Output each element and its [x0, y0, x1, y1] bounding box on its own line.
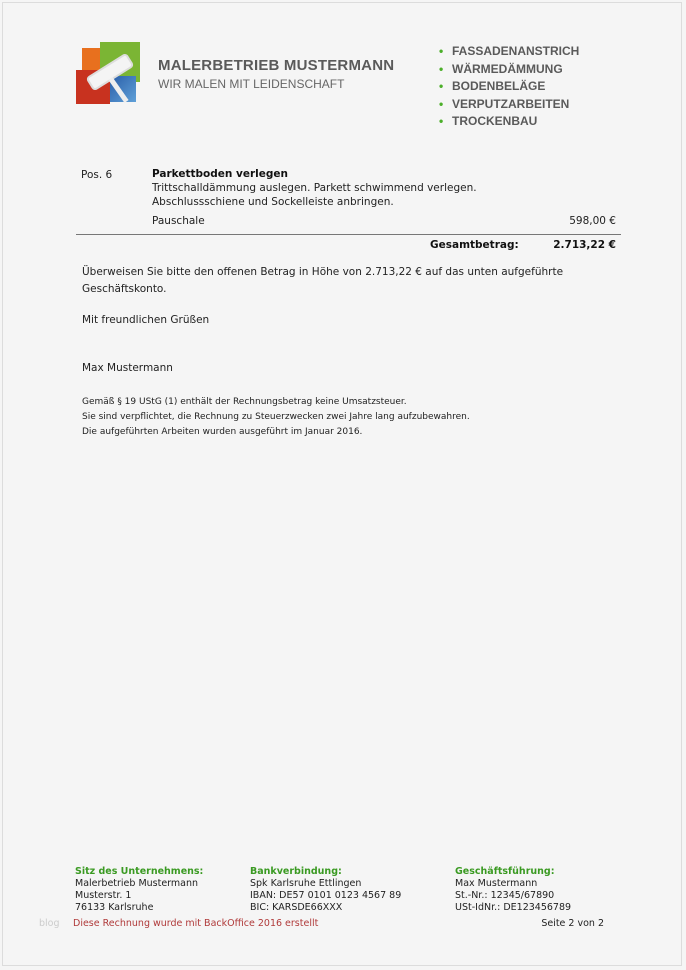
- signature: Max Mustermann: [82, 362, 173, 374]
- service-item: •TROCKENBAU: [439, 113, 579, 131]
- page-border: [2, 2, 682, 966]
- position-title: Parkettboden verlegen: [152, 168, 288, 180]
- bullet-icon: •: [439, 78, 452, 96]
- footer-company-address: Sitz des Unternehmens: Malerbetrieb Must…: [75, 866, 203, 914]
- page-number: Seite 2 von 2: [541, 918, 604, 929]
- service-item: •WÄRMEDÄMMUNG: [439, 61, 579, 79]
- bullet-icon: •: [439, 96, 452, 114]
- total-divider: [76, 234, 621, 235]
- bullet-icon: •: [439, 113, 452, 131]
- position-price: 598,00 €: [569, 215, 616, 227]
- payment-instructions: Überweisen Sie bitte den offenen Betrag …: [82, 264, 602, 297]
- greeting: Mit freundlichen Grüßen: [82, 314, 209, 326]
- position-unit: Pauschale: [152, 215, 205, 227]
- watermark: blog: [39, 918, 60, 929]
- paint-roller-logo-icon: [76, 42, 140, 104]
- footer-management: Geschäftsführung: Max Mustermann St.-Nr.…: [455, 866, 571, 914]
- legal-notes: Gemäß § 19 UStG (1) enthält der Rechnung…: [82, 395, 470, 440]
- total-value: 2.713,22 €: [553, 239, 616, 251]
- footer-bank-details: Bankverbindung: Spk Karlsruhe Ettlingen …: [250, 866, 401, 914]
- position-label: Pos. 6: [81, 169, 112, 181]
- service-item: •FASSADENANSTRICH: [439, 43, 579, 61]
- position-description: Trittschalldämmung auslegen. Parkett sch…: [152, 182, 477, 209]
- bullet-icon: •: [439, 43, 452, 61]
- services-list: •FASSADENANSTRICH •WÄRMEDÄMMUNG •BODENBE…: [439, 43, 579, 131]
- total-label: Gesamtbetrag:: [430, 239, 519, 251]
- service-item: •VERPUTZARBEITEN: [439, 96, 579, 114]
- bullet-icon: •: [439, 61, 452, 79]
- created-by-note: Diese Rechnung wurde mit BackOffice 2016…: [73, 918, 318, 929]
- company-slogan: WIR MALEN MIT LEIDENSCHAFT: [158, 77, 344, 91]
- company-name: MALERBETRIEB MUSTERMANN: [158, 57, 394, 74]
- service-item: •BODENBELÄGE: [439, 78, 579, 96]
